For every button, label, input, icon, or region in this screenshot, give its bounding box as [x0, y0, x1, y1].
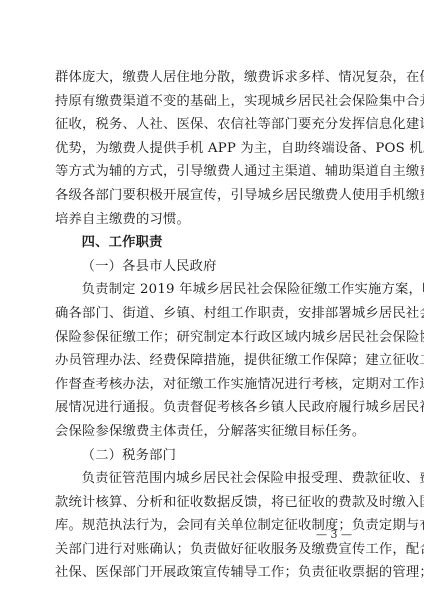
document-body: 群体庞大，缴费人居住地分散，缴费诉求多样、情况复杂，在保 持原有缴费渠道不变的基… — [55, 66, 375, 585]
paragraph-line: 关部门进行对账确认；负责做好征收服务及缴费宣传工作，配合 — [55, 538, 375, 562]
section-heading: 四、工作职责 — [55, 231, 375, 255]
paragraph-line: 会保险参保缴费主体责任，分解落实征缴目标任务。 — [55, 420, 375, 444]
paragraph-line: 持原有缴费渠道不变的基础上，实现城乡居民社会保险集中合并 — [55, 90, 375, 114]
paragraph-line: 征收，税务、人社、医保、农信社等部门要充分发挥信息化建设 — [55, 113, 375, 137]
subsection-heading: （二）税务部门 — [55, 444, 375, 468]
paragraph-line: 培养自主缴费的习惯。 — [55, 208, 375, 232]
paragraph-line: 确各部门、街道、乡镇、村组工作职责，安排部署城乡居民社会 — [55, 302, 375, 326]
paragraph-line: 保险参保征缴工作；研究制定本行政区域内城乡居民社会保险协 — [55, 326, 375, 350]
paragraph-line: 各级各部门要积极开展宣传，引导城乡居民缴费人使用手机缴费， — [55, 184, 375, 208]
paragraph-line: 款统计核算、分析和征收数据反馈，将已征收的费款及时缴入国 — [55, 491, 375, 515]
paragraph-line: 优势，为缴费人提供手机 APP 为主，自助终端设备、POS 机刷卡 — [55, 137, 375, 161]
paragraph-line: 负责制定 2019 年城乡居民社会保险征缴工作实施方案，明 — [55, 278, 375, 302]
paragraph-line: 作督查考核办法，对征缴工作实施情况进行考核，定期对工作进 — [55, 373, 375, 397]
paragraph-line: 等方式为辅的方式，引导缴费人通过主渠道、辅助渠道自主缴费。 — [55, 160, 375, 184]
page-number: — 3 — — [316, 528, 352, 541]
paragraph-line: 办员管理办法、经费保障措施，提供征缴工作保障；建立征收工 — [55, 349, 375, 373]
paragraph-line: 负责征管范围内城乡居民社会保险申报受理、费款征收、费 — [55, 467, 375, 491]
subsection-heading: （一）各县市人民政府 — [55, 255, 375, 279]
paragraph-line: 社保、医保部门开展政策宣传辅导工作；负责征收票据的管理； — [55, 561, 375, 585]
paragraph-line: 群体庞大，缴费人居住地分散，缴费诉求多样、情况复杂，在保 — [55, 66, 375, 90]
paragraph-line: 展情况进行通报。负责督促考核各乡镇人民政府履行城乡居民社 — [55, 396, 375, 420]
